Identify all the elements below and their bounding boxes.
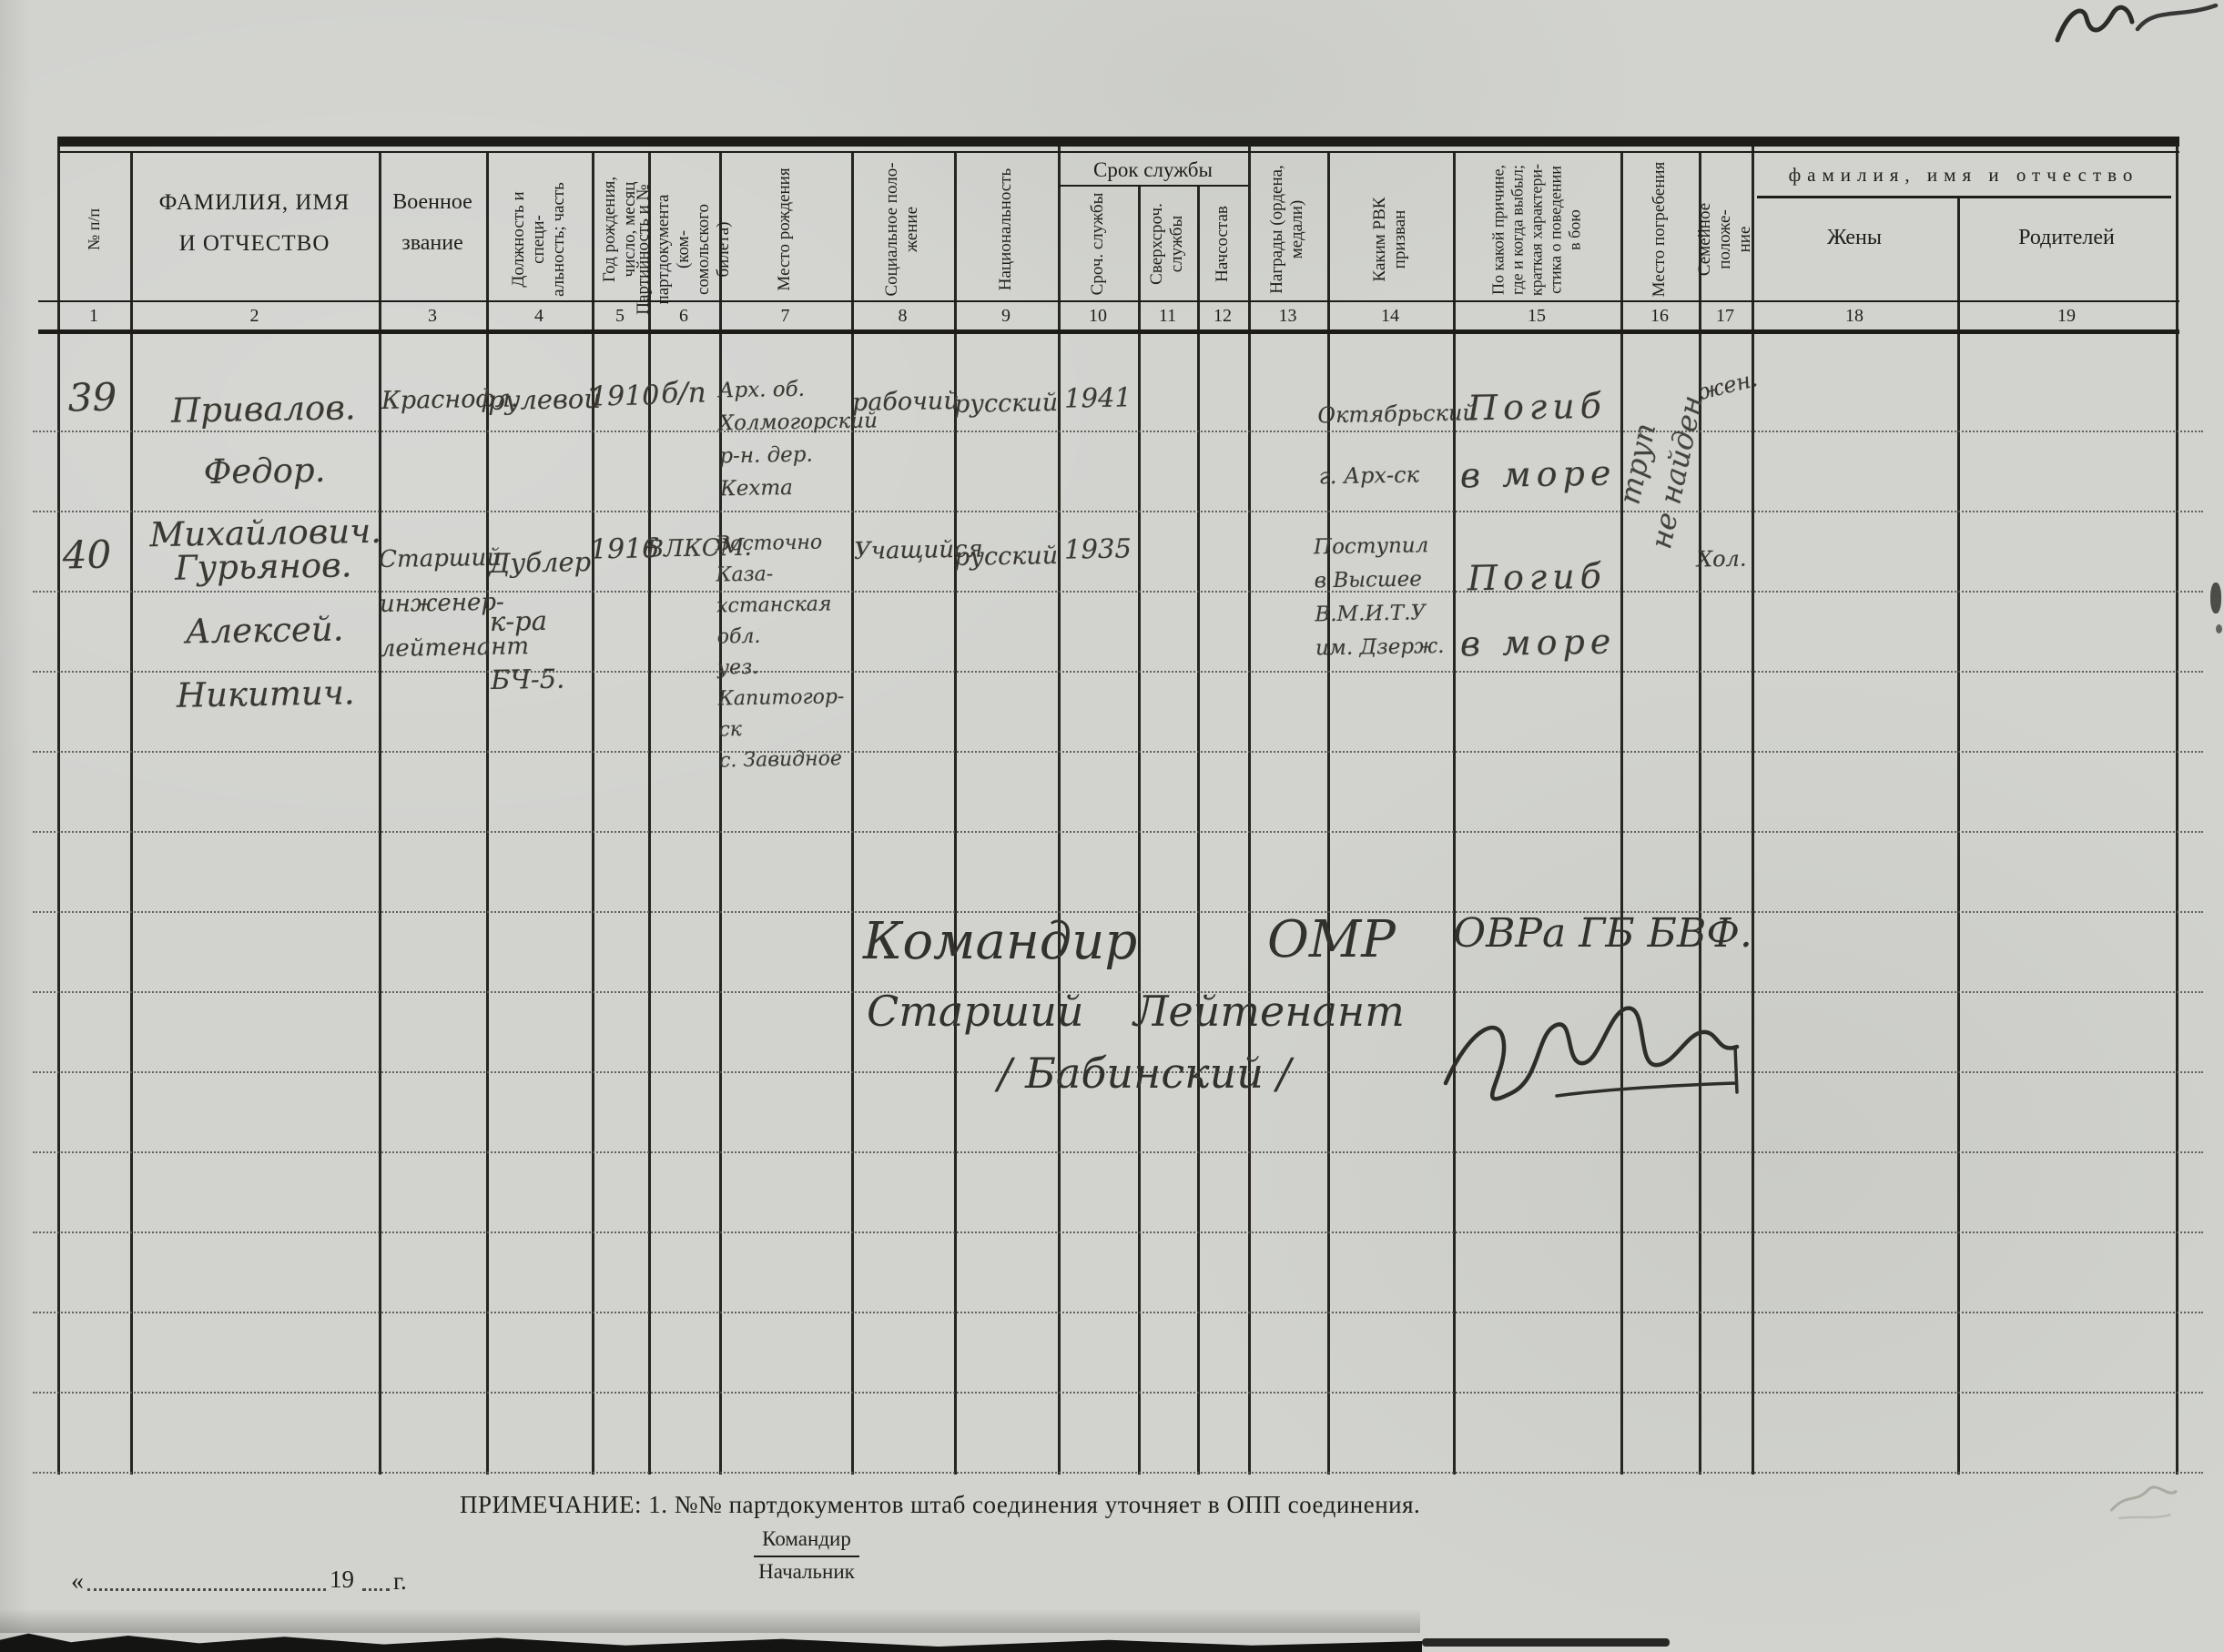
col-num-6: 6 [648, 306, 719, 327]
table-vertical-line [379, 153, 381, 1475]
col-header-17: Семейное положе- ние [1695, 171, 1755, 308]
row-39-social: рабочий [852, 387, 953, 417]
row-39-rvk: Октябрьский г. Арх-ск [1317, 383, 1465, 508]
row-40-party: ВЛКСМ. [646, 534, 722, 562]
table-top-thick-rule [58, 137, 2179, 147]
col-header-3: Военное звание [379, 182, 486, 264]
signature-rank-line: Старший Лейтенант [867, 987, 1405, 1036]
col-header-16: Место погребения [1650, 161, 1670, 298]
table-vertical-line [851, 153, 854, 1475]
numbers-row-bottom-thick-line [38, 329, 2179, 334]
table-vertical-line [1957, 197, 1960, 1475]
row-40-social: Учащийся [854, 536, 953, 565]
col-header-10: Сроч. службы [1088, 185, 1108, 303]
col-num-5: 5 [592, 306, 648, 327]
col-num-12: 12 [1197, 306, 1248, 327]
scanned-document-page: № п/п ФАМИЛИЯ, ИМЯ И ОТЧЕСТВО Военное зв… [0, 0, 2224, 1652]
table-vertical-line [1138, 186, 1141, 1475]
row-39-rank: Краснофл. [381, 385, 486, 415]
col-header-7: Место рождения [775, 161, 795, 298]
col-header-6: Партийность и № партдокумента (ком- сомо… [634, 181, 734, 318]
pencil-mark-bottom-right [2106, 1475, 2184, 1531]
dotted-row-line [33, 1151, 2203, 1153]
col-num-1: 1 [57, 306, 130, 327]
table-vertical-line [130, 153, 133, 1475]
group-header-fio: фамилия, имя и отчество [1752, 164, 2176, 187]
row-40-rank: Старший инженер- лейтенант [379, 536, 491, 672]
dotted-row-line [33, 1312, 2203, 1313]
col-num-7: 7 [719, 306, 851, 327]
col-num-15: 15 [1453, 306, 1620, 327]
col-num-16: 16 [1620, 306, 1699, 327]
row-39-position: рулевой [488, 383, 591, 416]
row-40-number: 40 [53, 532, 122, 577]
date-blank-line [87, 1575, 326, 1591]
col-num-3: 3 [379, 306, 486, 327]
col-header-12: Начсостав [1213, 185, 1233, 303]
signature-unit-ovr: ОВРа ГБ БВФ. [1453, 910, 1752, 957]
signature-name-line: / Бабинский / [998, 1049, 1291, 1098]
row-40-position: Дублер к-ра БЧ-5. [488, 532, 593, 709]
table-vertical-line [1453, 153, 1456, 1475]
numbers-row-top-line [38, 300, 2179, 302]
table-vertical-line [1752, 137, 1754, 1475]
footer-chief-label: Начальник [756, 1560, 858, 1584]
col-num-11: 11 [1138, 306, 1197, 327]
table-vertical-line [592, 153, 594, 1475]
table-vertical-line [648, 153, 651, 1475]
ink-speck-right-edge [2216, 624, 2222, 633]
col-num-9: 9 [954, 306, 1058, 327]
table-vertical-line [954, 153, 957, 1475]
col-num-8: 8 [851, 306, 954, 327]
col-header-8: Социальное поло- жение [882, 161, 922, 298]
row-39-fate: Погиб в море [1454, 371, 1622, 509]
signature-autograph [1429, 976, 1757, 1130]
table-vertical-line [1058, 137, 1061, 1475]
table-vertical-line [1620, 153, 1623, 1475]
col-header-14: Каким РВК призван [1370, 171, 1410, 308]
table-vertical-line [1197, 186, 1200, 1475]
col-header-1: № п/п [84, 161, 104, 298]
fio-group-underline [1757, 196, 2171, 198]
row-40-family-status: Хол. [1697, 545, 1753, 572]
row-39-birth-year: 1910 [590, 380, 651, 412]
col-header-19: Родителей [1957, 226, 2176, 250]
table-vertical-line [486, 153, 489, 1475]
row-39-party: б/п [648, 376, 720, 410]
row-39-birthplace: Арх. об. Холмогорский р-н. дер. Кехта [718, 372, 861, 506]
table-vertical-line [57, 137, 60, 1475]
table-vertical-line [719, 153, 722, 1475]
date-year-suffix: г. [393, 1567, 407, 1596]
dotted-row-line [33, 1231, 2203, 1233]
col-num-18: 18 [1752, 306, 1957, 327]
footnote: ПРИМЕЧАНИЕ: 1. №№ партдокументов штаб со… [460, 1491, 1420, 1519]
row-40-birth-year: 1916 [590, 532, 651, 565]
col-num-14: 14 [1327, 306, 1453, 327]
table-top-thin-rule [58, 151, 2179, 153]
row-40-nationality: русский [954, 542, 1057, 572]
footer-divider-line [754, 1556, 859, 1557]
col-num-13: 13 [1248, 306, 1327, 327]
row-40-name: Гурьянов. Алексей. Никитич. [133, 533, 396, 729]
group-header-service-term: Срок службы [1058, 158, 1248, 182]
date-quote-mark: « [71, 1567, 84, 1596]
row-40-service-year: 1935 [1058, 532, 1139, 565]
col-num-19: 19 [1957, 306, 2176, 327]
footer-commander-label: Командир [756, 1527, 858, 1551]
col-header-2: ФАМИЛИЯ, ИМЯ И ОТЧЕСТВО [130, 182, 379, 264]
col-header-9: Национальность [996, 161, 1016, 298]
ink-blotch-right-edge [2210, 583, 2221, 613]
col-header-13: Награды (ордена, медали) [1267, 161, 1307, 298]
signature-title-commander: Командир [863, 912, 1137, 971]
dotted-row-line [33, 751, 2203, 753]
row-39-service-year: 1941 [1058, 381, 1139, 414]
dotted-row-line [33, 1392, 2203, 1394]
table-vertical-line [1327, 153, 1330, 1475]
pen-scribble-top-right [2050, 0, 2223, 55]
table-vertical-line [2176, 137, 2178, 1475]
row-40-rvk: Поступил в Высшее В.М.И.Т.У им. Дзерж. [1314, 529, 1464, 666]
col-num-4: 4 [486, 306, 592, 327]
col-header-15: По какой причине, где и когда выбыл; кра… [1489, 162, 1585, 299]
table-vertical-line [1248, 137, 1251, 1475]
dotted-row-line [33, 831, 2203, 833]
col-num-17: 17 [1699, 306, 1752, 327]
date-year-prefix: 19 [330, 1566, 354, 1594]
row-39-nationality: русский [954, 389, 1057, 419]
col-header-4: Должность и специ- альность; часть [509, 171, 569, 308]
scan-edge-band-bottom-mid [1422, 1638, 1670, 1647]
signature-unit-omr: ОМР [1267, 910, 1396, 969]
scan-shadow-bottom [0, 1609, 1420, 1633]
col-num-2: 2 [130, 306, 379, 327]
col-num-10: 10 [1058, 306, 1138, 327]
row-39-number: 39 [58, 374, 127, 420]
date-blank-line-2 [362, 1575, 390, 1591]
scan-edge-band-bottom-left [0, 1630, 1422, 1652]
dotted-row-line [33, 1472, 2203, 1474]
col-header-11: Сверхсроч. службы [1147, 185, 1187, 303]
col-header-18: Жены [1752, 226, 1957, 250]
